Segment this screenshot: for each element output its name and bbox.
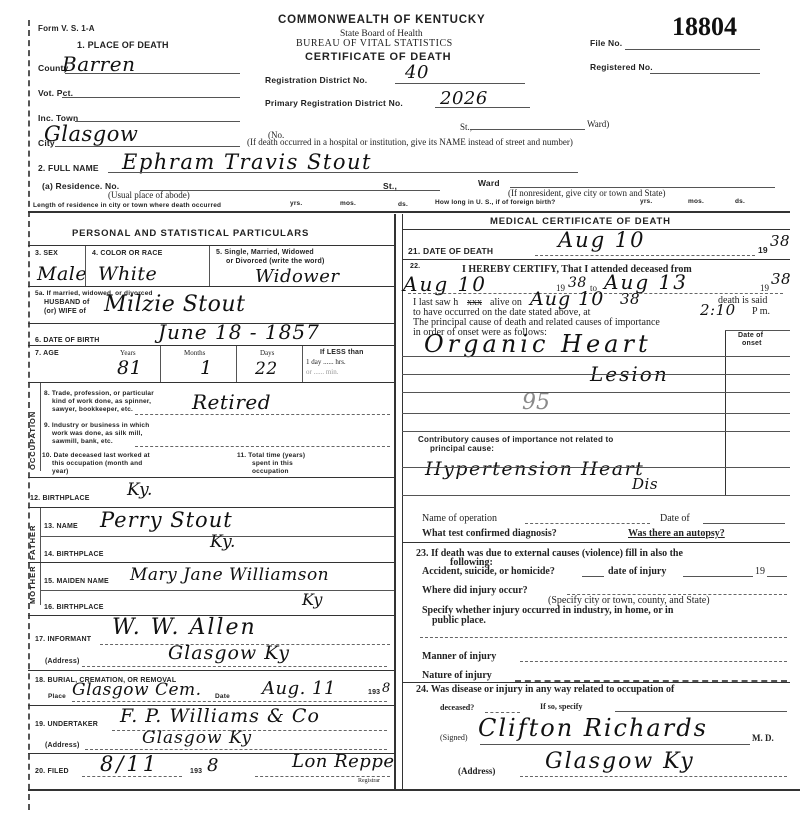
foreign-ds: ds. bbox=[735, 198, 745, 205]
section-top-line bbox=[28, 211, 790, 213]
industry-label-2: work was done, as silk mill, bbox=[52, 430, 143, 437]
last-worked-label-3: year) bbox=[52, 468, 69, 475]
full-name-label: 2. FULL NAME bbox=[38, 163, 99, 173]
if-so-line bbox=[615, 711, 787, 712]
filed-line bbox=[82, 776, 182, 777]
spouse-label-3: (or) WIFE of bbox=[44, 308, 86, 315]
marital-label-1: 5. Single, Married, Widowed bbox=[216, 249, 314, 256]
accident-label: Accident, suicide, or homicide? bbox=[422, 566, 555, 577]
total-time-label-1: 11. Total time (years) bbox=[237, 452, 305, 459]
row-line-occupation bbox=[28, 477, 394, 478]
burial-year-prefix: 193 bbox=[368, 689, 380, 696]
informant-value: W. W. Allen bbox=[112, 615, 257, 640]
personal-heading: PERSONAL AND STATISTICAL PARTICULARS bbox=[72, 228, 309, 239]
informant-address-label: (Address) bbox=[45, 658, 79, 665]
dob-value: June 18 - 1857 bbox=[158, 320, 320, 344]
occupation-side-divider bbox=[40, 383, 41, 471]
residence-st-label: St., bbox=[383, 181, 397, 191]
manner-line bbox=[520, 661, 787, 662]
personal-heading-line bbox=[28, 245, 394, 246]
certificate-title: CERTIFICATE OF DEATH bbox=[305, 51, 451, 63]
age-divider-2 bbox=[236, 346, 237, 382]
deceased-label: deceased? bbox=[440, 703, 474, 712]
hospital-note: (If death occurred in a hospital or inst… bbox=[247, 137, 573, 147]
undertaker-label: 19. UNDERTAKER bbox=[35, 721, 98, 728]
years-label: Years bbox=[120, 349, 136, 357]
industry-line bbox=[135, 446, 390, 447]
months-label: Months bbox=[184, 349, 205, 357]
mother-birthplace-value: Ky bbox=[302, 590, 323, 609]
injury-year-label: 19 bbox=[755, 566, 765, 577]
commonwealth-title: COMMONWEALTH OF KENTUCKY bbox=[278, 14, 485, 26]
autopsy-label: Was there an autopsy? bbox=[628, 528, 725, 539]
cause-row-5 bbox=[402, 431, 790, 432]
right-inner-border bbox=[402, 214, 403, 789]
marital-value: Widower bbox=[255, 266, 339, 287]
length-of-residence-label: Length of residence in city or town wher… bbox=[33, 202, 221, 209]
foreign-birth-label: How long in U. S., if of foreign birth? bbox=[435, 199, 555, 206]
informant-address-line bbox=[82, 666, 387, 667]
signed-label: (Signed) bbox=[440, 733, 468, 742]
bureau-title: BUREAU OF VITAL STATISTICS bbox=[296, 38, 453, 49]
trade-label-1: 8. Trade, profession, or particular bbox=[44, 390, 154, 397]
deceased-line bbox=[485, 712, 520, 713]
city-line bbox=[55, 146, 240, 147]
registered-number-label: Registered No. bbox=[590, 62, 653, 72]
registrar-signature: Lon Reppe bbox=[292, 751, 395, 772]
operation-line bbox=[525, 523, 650, 524]
address-line bbox=[520, 776, 787, 777]
injury-year-line bbox=[767, 576, 787, 577]
length-yrs: yrs. bbox=[290, 200, 302, 207]
dod-year-value: 38 bbox=[770, 232, 790, 250]
registrar-line bbox=[255, 776, 390, 777]
marital-label-2: or Divorced (write the word) bbox=[226, 258, 325, 265]
city-ward-label: Ward) bbox=[587, 119, 609, 129]
filed-year-prefix: 193 bbox=[190, 768, 202, 775]
test-label: What test confirmed diagnosis? bbox=[422, 528, 557, 539]
row-line-17 bbox=[28, 670, 394, 671]
last-worked-label-1: 10. Date deceased last worked at bbox=[42, 452, 150, 459]
last-worked-label-2: this occupation (month and bbox=[52, 460, 142, 467]
registered-number-line bbox=[650, 73, 760, 74]
dod-label: 21. DATE OF DEATH bbox=[408, 246, 493, 256]
father-birthplace-label: 14. BIRTHPLACE bbox=[44, 551, 104, 558]
vot-pct-line bbox=[62, 97, 240, 98]
signed-line bbox=[480, 744, 750, 745]
occupation-question: 24. Was disease or injury in any way rel… bbox=[416, 684, 674, 695]
filed-label: 20. FILED bbox=[35, 768, 69, 775]
time-value: 2:10 bbox=[700, 301, 736, 319]
where-label: Where did injury occur? bbox=[422, 585, 528, 596]
attended-to-year-prefix: 19 bbox=[760, 283, 769, 293]
father-name-label: 13. NAME bbox=[44, 523, 78, 530]
cause-row-3 bbox=[402, 392, 790, 393]
informant-address-value: Glasgow Ky bbox=[168, 642, 290, 664]
cause-row-1 bbox=[402, 356, 790, 357]
cause-row-2 bbox=[402, 374, 790, 375]
nonresident-note: (If nonresident, give city or town and S… bbox=[508, 188, 665, 198]
burial-date-label: Date bbox=[215, 693, 230, 700]
months-value: 1 bbox=[200, 357, 213, 379]
race-marital-divider bbox=[209, 246, 210, 286]
time-suffix: P m. bbox=[752, 306, 770, 317]
registration-district-label: Registration District No. bbox=[265, 75, 367, 85]
spouse-value: Milzie Stout bbox=[104, 292, 245, 317]
md-label: M. D. bbox=[752, 733, 774, 743]
nature-label: Nature of injury bbox=[422, 670, 492, 681]
place-of-death-heading: 1. PLACE OF DEATH bbox=[77, 40, 169, 50]
address-label: (Address) bbox=[458, 766, 495, 776]
less-than-label-3: or ...... min. bbox=[306, 368, 338, 376]
onset-box-top bbox=[725, 330, 790, 331]
date-of-onset-1: Date of bbox=[738, 332, 763, 339]
center-divider bbox=[394, 214, 396, 789]
dod-line bbox=[535, 255, 755, 256]
specify-2: public place. bbox=[432, 615, 486, 626]
father-name-value: Perry Stout bbox=[100, 508, 233, 532]
primary-registration-label: Primary Registration District No. bbox=[265, 98, 403, 108]
birthplace-label: 12. BIRTHPLACE bbox=[30, 495, 90, 502]
foreign-mos: mos. bbox=[688, 198, 704, 205]
contributory-label-1: Contributory causes of importance not re… bbox=[418, 435, 613, 444]
contributory-label-2: principal cause: bbox=[430, 444, 494, 453]
spouse-label-2: HUSBAND of bbox=[44, 299, 90, 306]
row-line-21 bbox=[402, 259, 790, 260]
full-name-value: Ephram Travis Stout bbox=[122, 150, 372, 174]
age-divider-1 bbox=[160, 346, 161, 382]
file-number-label: File No. bbox=[590, 38, 622, 48]
occupation-side-label: OCCUPATION bbox=[28, 395, 37, 470]
birthplace-value: Ky. bbox=[127, 480, 153, 500]
injury-date-line bbox=[683, 576, 753, 577]
row-line-15 bbox=[40, 590, 394, 591]
abode-note: (Usual place of abode) bbox=[108, 190, 190, 200]
sex-value: Male bbox=[37, 263, 87, 285]
file-number-line bbox=[625, 49, 760, 50]
dod-year-prefix: 19 bbox=[758, 245, 768, 255]
dob-label: 6. DATE OF BIRTH bbox=[35, 337, 100, 344]
alive-year-value: 38 bbox=[620, 290, 640, 308]
race-value: White bbox=[98, 263, 157, 285]
operation-date-label: Date of bbox=[660, 513, 690, 524]
mother-maiden-label: 15. MAIDEN NAME bbox=[44, 578, 109, 585]
row-line-7 bbox=[28, 382, 394, 383]
registration-district-line bbox=[395, 83, 525, 84]
undertaker-address-line bbox=[85, 749, 387, 750]
form-number: Form V. S. 1-A bbox=[38, 24, 95, 33]
registrar-label: Registrar bbox=[358, 778, 380, 784]
primary-registration-value: 2026 bbox=[440, 88, 488, 109]
father-birthplace-value: Ky. bbox=[210, 532, 236, 552]
if-so-label: If so, specify bbox=[540, 702, 582, 711]
length-mos: mos. bbox=[340, 200, 356, 207]
row-line-14 bbox=[28, 562, 394, 563]
trade-label-3: sawyer, bookkeeper, etc. bbox=[52, 406, 133, 413]
total-time-label-2: spent in this bbox=[252, 460, 293, 467]
full-name-line bbox=[108, 172, 578, 173]
less-than-label-1: If LESS than bbox=[320, 349, 364, 356]
bottom-border bbox=[28, 789, 800, 791]
physician-address-value: Glasgow Ky bbox=[545, 749, 695, 774]
informant-label: 17. INFORMANT bbox=[35, 636, 91, 643]
total-time-label-3: occupation bbox=[252, 468, 289, 475]
specify-line bbox=[420, 637, 787, 638]
operation-date-line bbox=[703, 523, 785, 524]
medical-heading: MEDICAL CERTIFICATE OF DEATH bbox=[490, 216, 671, 227]
trade-value: Retired bbox=[192, 390, 271, 414]
filed-value: 8/11 bbox=[100, 752, 159, 776]
contributory-row-1 bbox=[402, 467, 790, 468]
date-of-onset-2: onset bbox=[742, 340, 762, 347]
certify-number: 22. bbox=[410, 263, 420, 270]
physician-signature: Clifton Richards bbox=[478, 714, 708, 742]
operation-label: Name of operation bbox=[422, 513, 497, 524]
injury-date-label: date of injury bbox=[608, 566, 666, 577]
undertaker-address-value: Glasgow Ky bbox=[142, 728, 252, 748]
filed-year-value: 8 bbox=[207, 755, 219, 776]
contributory-value-2: Dis bbox=[632, 475, 658, 493]
burial-date-value: Aug. 11 bbox=[262, 678, 336, 699]
primary-registration-line bbox=[435, 107, 530, 108]
row-line-3 bbox=[28, 286, 394, 287]
attended-to-year-value: 38 bbox=[771, 270, 791, 288]
contributory-value-1: Hypertension Heart bbox=[425, 458, 644, 480]
burial-year-value: 8 bbox=[382, 681, 391, 696]
file-number-value: 18804 bbox=[672, 12, 737, 42]
less-than-label-2: 1 day ...... hrs. bbox=[306, 358, 346, 366]
father-side-label: FATHER bbox=[28, 515, 37, 560]
row-line-22 bbox=[402, 542, 790, 543]
cause-line-1-value: Organic Heart bbox=[424, 330, 652, 358]
sex-race-divider bbox=[85, 246, 86, 286]
cause-row-4 bbox=[402, 413, 790, 414]
manner-label: Manner of injury bbox=[422, 651, 496, 662]
age-divider-3 bbox=[302, 346, 303, 382]
age-label: 7. AGE bbox=[35, 350, 59, 357]
burial-place-value: Glasgow Cem. bbox=[72, 680, 202, 700]
years-value: 81 bbox=[117, 357, 142, 379]
mother-birthplace-label: 16. BIRTHPLACE bbox=[44, 604, 104, 611]
city-st-line bbox=[470, 129, 585, 130]
city-st-label: St., bbox=[460, 122, 472, 132]
days-label: Days bbox=[260, 349, 274, 357]
burial-place-label: Place bbox=[48, 693, 66, 700]
length-ds: ds. bbox=[398, 201, 408, 208]
city-value: Glasgow bbox=[44, 122, 138, 146]
dod-value: Aug 10 bbox=[558, 228, 646, 252]
mother-maiden-value: Mary Jane Williamson bbox=[130, 565, 329, 585]
race-label: 4. COLOR OR RACE bbox=[92, 250, 162, 257]
mother-side-label: MOTHER bbox=[28, 566, 37, 604]
sex-label: 3. SEX bbox=[35, 250, 58, 257]
trade-label-2: kind of work done, as spinner, bbox=[52, 398, 151, 405]
foreign-yrs: yrs. bbox=[640, 198, 652, 205]
undertaker-value: F. P. Williams & Co bbox=[120, 705, 320, 727]
county-line bbox=[65, 73, 240, 74]
industry-label-3: sawmill, bank, etc. bbox=[52, 438, 113, 445]
registration-district-value: 40 bbox=[405, 62, 429, 83]
cause-code: 95 bbox=[522, 390, 550, 415]
row-line-23 bbox=[402, 682, 790, 683]
trade-line bbox=[135, 414, 390, 415]
days-value: 22 bbox=[255, 359, 278, 379]
row-line-6 bbox=[28, 345, 394, 346]
attended-to-value: Aug 13 bbox=[604, 270, 688, 294]
burial-line bbox=[72, 701, 387, 702]
accident-line bbox=[582, 576, 604, 577]
industry-label-1: 9. Industry or business in which bbox=[44, 422, 149, 429]
contributory-row-2 bbox=[402, 495, 790, 496]
undertaker-address-label: (Address) bbox=[45, 742, 79, 749]
residence-ward-label: Ward bbox=[478, 178, 500, 188]
